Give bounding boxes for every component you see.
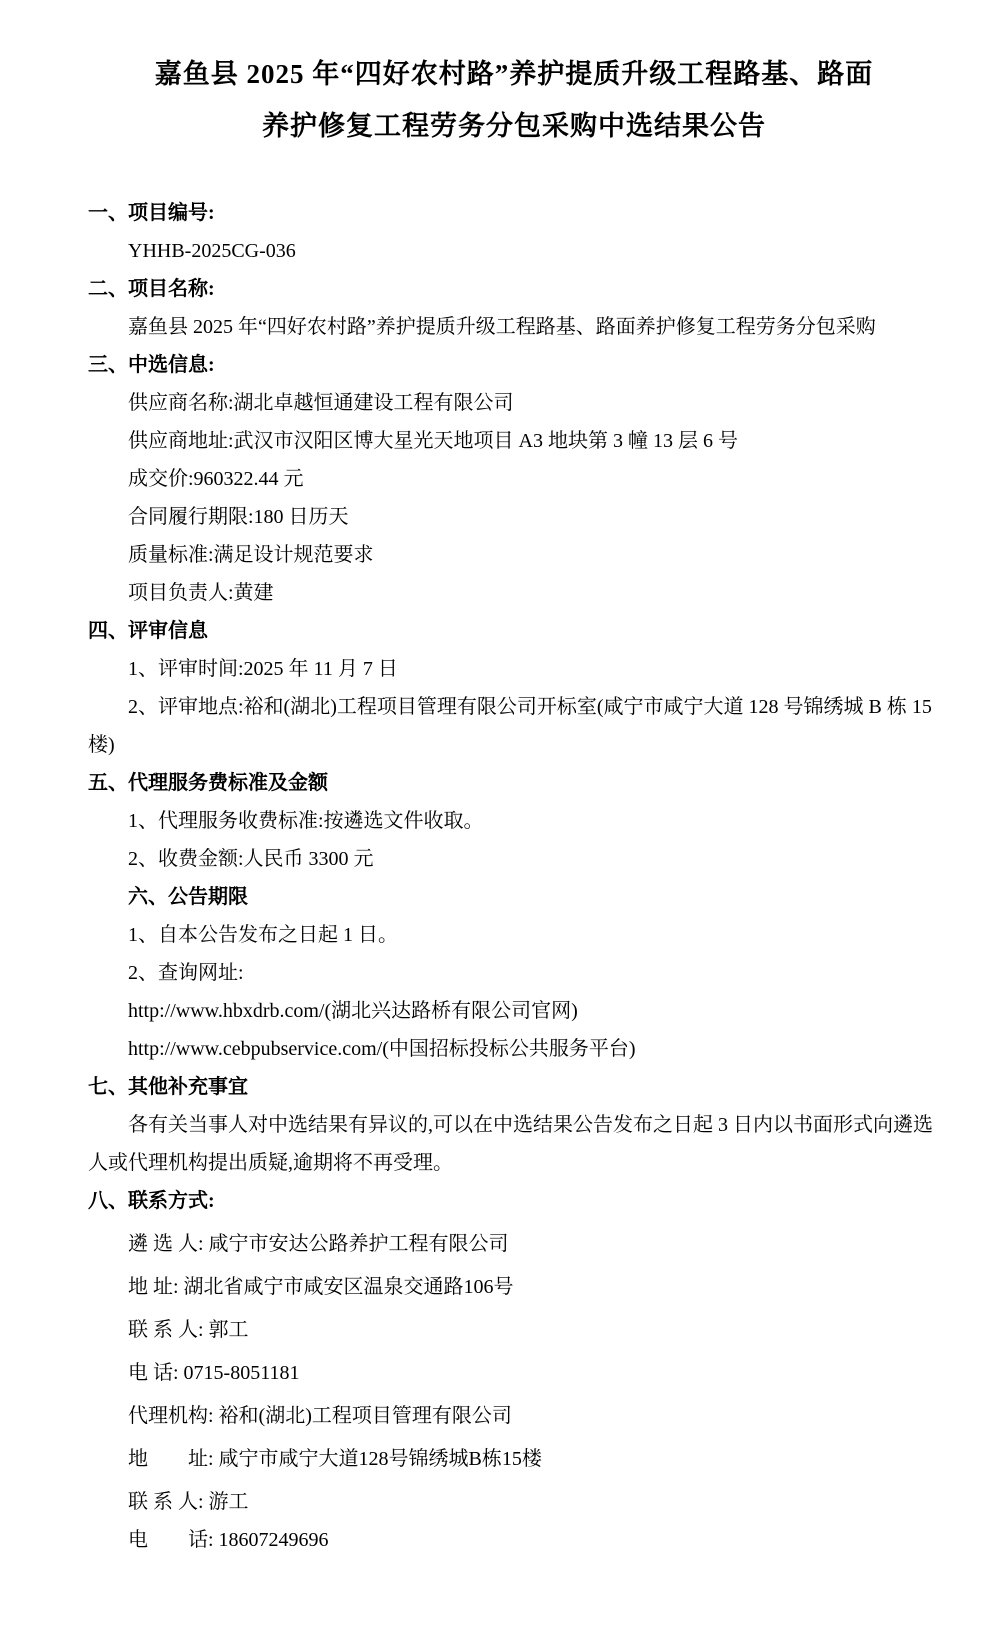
text-objection-notice: 各有关当事人对中选结果有异议的,可以在中选结果公告发布之日起 3 日内以书面形式… [88,1106,940,1182]
heading-agency-fee: 五、代理服务费标准及金额 [88,764,940,802]
text-announcement-duration: 1、自本公告发布之日起 1 日。 [88,916,940,954]
text-supplier-address: 供应商地址:武汉市汉阳区博大星光天地项目 A3 地块第 3 幢 13 层 6 号 [88,422,940,460]
text-selector-address: 地 址: 湖北省咸宁市咸安区温泉交通路106号 [88,1268,940,1306]
text-deal-price: 成交价:960322.44 元 [88,460,940,498]
text-agency-address: 地 址: 咸宁市咸宁大道128号锦绣城B栋15楼 [88,1440,940,1478]
text-agency-fee-standard: 1、代理服务收费标准:按遴选文件收取。 [88,802,940,840]
text-agency-name: 代理机构: 裕和(湖北)工程项目管理有限公司 [88,1397,940,1435]
text-contract-duration: 合同履行期限:180 日历天 [88,498,940,536]
heading-project-number: 一、项目编号: [88,194,940,232]
text-quality-standard: 质量标准:满足设计规范要求 [88,536,940,574]
heading-selection-info: 三、中选信息: [88,346,940,384]
text-agency-contact-person: 联 系 人: 游工 [88,1483,940,1521]
text-url-cebpubservice: http://www.cebpubservice.com/(中国招标投标公共服务… [88,1030,940,1068]
text-selector-contact-person: 联 系 人: 郭工 [88,1311,940,1349]
text-project-number-value: YHHB-2025CG-036 [88,232,940,270]
heading-announcement-period: 六、公告期限 [88,878,940,916]
text-review-location: 2、评审地点:裕和(湖北)工程项目管理有限公司开标室(咸宁市咸宁大道 128 号… [88,688,940,764]
announcement-document: 嘉鱼县 2025 年“四好农村路”养护提质升级工程路基、路面 养护修复工程劳务分… [0,0,1000,1646]
text-selector-name: 遴 选 人: 咸宁市安达公路养护工程有限公司 [88,1225,940,1263]
document-title-line-1: 嘉鱼县 2025 年“四好农村路”养护提质升级工程路基、路面 [88,48,940,100]
document-title-line-2: 养护修复工程劳务分包采购中选结果公告 [88,100,940,152]
heading-other-matters: 七、其他补充事宜 [88,1068,940,1106]
text-agency-phone: 电 话: 18607249696 [88,1521,940,1559]
document-title: 嘉鱼县 2025 年“四好农村路”养护提质升级工程路基、路面 养护修复工程劳务分… [88,48,940,152]
heading-review-info: 四、评审信息 [88,612,940,650]
heading-project-name: 二、项目名称: [88,270,940,308]
heading-contact-info: 八、联系方式: [88,1182,940,1220]
text-supplier-name: 供应商名称:湖北卓越恒通建设工程有限公司 [88,384,940,422]
text-selector-phone: 电 话: 0715-8051181 [88,1354,940,1392]
text-review-time: 1、评审时间:2025 年 11 月 7 日 [88,650,940,688]
text-project-manager: 项目负责人:黄建 [88,574,940,612]
text-project-name-value: 嘉鱼县 2025 年“四好农村路”养护提质升级工程路基、路面养护修复工程劳务分包… [88,308,940,346]
text-url-hbxdrb: http://www.hbxdrb.com/(湖北兴达路桥有限公司官网) [88,992,940,1030]
text-query-url-label: 2、查询网址: [88,954,940,992]
text-agency-fee-amount: 2、收费金额:人民币 3300 元 [88,840,940,878]
